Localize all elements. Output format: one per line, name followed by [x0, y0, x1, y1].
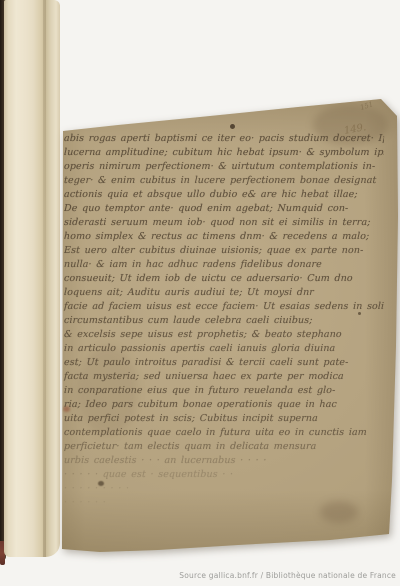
manuscript-line: & excelsis sepe uisus est prophetis; & b…	[64, 328, 384, 342]
manuscript-photograph: 151 149. abis rogas aperti baptismi ce i…	[0, 0, 400, 586]
manuscript-line: facta mysteria; sed uniuersa haec ex par…	[64, 370, 384, 384]
manuscript-line: · · · · · · · · ·	[64, 482, 384, 496]
manuscript-line: · · · · · quae est · sequentibus · ·	[64, 468, 384, 482]
manuscript-line: ria; Ideo pars cubitum bonae operationis…	[64, 398, 384, 412]
manuscript-line: facie ad faciem uisus est ecce faciem· U…	[64, 300, 384, 314]
manuscript-line: circumstantibus cum laude celebra caeli …	[64, 314, 384, 328]
manuscript-line: lucerna amplitudine; cubitum hic hebat i…	[64, 146, 384, 160]
ink-blot	[230, 124, 235, 129]
manuscript-line: consueuit; Ut idem iob de uictu ce aduer…	[64, 272, 384, 286]
manuscript-line: perficietur· tam electis quam in delicat…	[64, 440, 384, 454]
manuscript-line: est; Ut paulo introitus paradisi & terci…	[64, 356, 384, 370]
manuscript-line: actionis quia et absque ullo dubio e& ar…	[64, 188, 384, 202]
source-attribution: Source gallica.bnf.fr / Bibliothèque nat…	[0, 571, 396, 580]
manuscript-page-wrapper: 151 149. abis rogas aperti baptismi ce i…	[58, 96, 399, 554]
manuscript-line: in conparatione eius que in futuro reuel…	[64, 384, 384, 398]
manuscript-line: nulla· & iam in hac adhuc radens fidelib…	[64, 258, 384, 272]
manuscript-line: · · · · · ·	[64, 496, 384, 510]
manuscript-line: homo simplex & rectus ac timens dnm· & r…	[64, 230, 384, 244]
manuscript-line: De quo temptor ante· quod enim agebat; N…	[64, 202, 384, 216]
manuscript-line: contemplationis quae caelo in futura uit…	[64, 426, 384, 440]
manuscript-line: abis rogas aperti baptismi ce iter eo· p…	[64, 132, 384, 146]
book-gutter-page-edges	[4, 0, 60, 557]
manuscript-line: urbis caelestis · · · an lucernabus · · …	[64, 454, 384, 468]
manuscript-line: loquens ait; Auditu auris audiui te; Ut …	[64, 286, 384, 300]
manuscript-line: siderasti seruum meum iob· quod non sit …	[64, 216, 384, 230]
text-block: abis rogas aperti baptismi ce iter eo· p…	[64, 132, 384, 510]
manuscript-line: in articulo passionis apertis caeli ianu…	[64, 342, 384, 356]
manuscript-line: operis nimirum perfectionem· & uirtutum …	[64, 160, 384, 174]
manuscript-line: uita perfici potest in scis; Cubitus inc…	[64, 412, 384, 426]
manuscript-page: 151 149. abis rogas aperti baptismi ce i…	[58, 96, 399, 554]
manuscript-line: teger· & enim cubitus in lucere perfecti…	[64, 174, 384, 188]
manuscript-line: Est uero alter cubitus diuinae uisionis;…	[64, 244, 384, 258]
